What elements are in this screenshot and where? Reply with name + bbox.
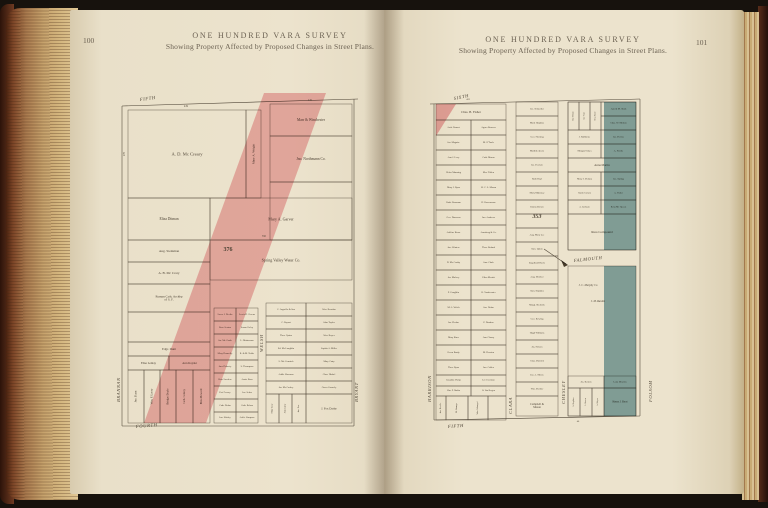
page-edges-left <box>6 8 78 500</box>
lot-owner-label: Jos. Schneider <box>530 108 544 111</box>
lot-owner-label: Ann Clancy <box>483 336 495 339</box>
lot-owner-label: Aug. Drucker <box>530 276 543 279</box>
lot-owner-label: Wm. Pfeiffer <box>531 388 544 391</box>
map-annotation: 275 <box>123 151 126 156</box>
lot-owner-label: Adeline Kruse <box>447 231 461 234</box>
lot-owner-label: Wm. Reardon <box>322 308 336 311</box>
lot-owner-label: Geo. Donovan <box>447 216 462 219</box>
lot-owner-label: Jno. Shirley <box>219 416 231 419</box>
lot-owner-label: Bay Wilson <box>573 111 575 120</box>
highlight-shape <box>604 266 636 416</box>
lot-owner-label: Jas. Mulvey <box>448 276 460 279</box>
lot-owner-label: Morgan Oakes <box>577 150 591 153</box>
street-label: FIFTH <box>138 95 156 102</box>
lot-owner-label: Jos. Selna <box>242 391 253 394</box>
street-label: FIFTH <box>447 423 464 429</box>
street-label: FALMOUTH <box>573 255 603 263</box>
lot-owner-label: Aug. Mary Lee <box>530 234 545 237</box>
lot-owner-label: Sarah Carson <box>578 192 592 195</box>
lot-owner-label: Ann Carey <box>284 403 287 413</box>
left-plate-subtitle: Showing Property Affected by Proposed Ch… <box>150 42 390 51</box>
lot-owner-label: Jas. Nelson <box>532 346 544 349</box>
lot-owner-label: Jas. Phelan <box>448 321 459 324</box>
lot-owner-label: Mary Mahoney <box>530 192 546 195</box>
lot-owner-label: Helen Manning <box>446 171 462 174</box>
map-annotation: 419 <box>184 105 189 108</box>
lot-owner-label: Susan Oxley <box>241 326 254 329</box>
lot-owner-label: Jas. Benton <box>580 381 592 384</box>
lot-owner-label: Thos. Boland <box>482 246 496 249</box>
lot-owner-label: S. Thompson <box>241 365 255 368</box>
lot-owner-label: L. Matterman <box>240 339 254 342</box>
lot-owner-label: A. Jackson <box>579 206 590 209</box>
lot-owner-label: M. A. Welch <box>447 306 460 309</box>
lot-owner-label: Wm. P. Harkin <box>447 390 461 392</box>
lot-owner-label: Wm. Boyes <box>323 334 334 337</box>
lot-owner-label: J. Rathbone <box>579 136 590 139</box>
highlight-shape <box>604 102 636 250</box>
lot-owner-label: W. C. L. Mason <box>481 186 497 189</box>
lot-owner-label: Addie Sherman <box>279 373 295 376</box>
lot-owner-label: John Taylor <box>323 321 334 324</box>
lot-owner-label: S. Hopkins <box>573 397 575 406</box>
book-cover-right <box>758 6 768 502</box>
lot-owner-label: Cath. Mason <box>482 156 495 159</box>
lot-owner-label: Arch. Rauzet <box>447 126 460 129</box>
lot-owner-label: Jno. Reville <box>440 403 442 413</box>
street-label: FOLSOM <box>648 380 653 403</box>
lot-owner-label: Owen Casserly <box>322 386 337 389</box>
lot-owner-label: A. B. Mc Crary <box>158 271 179 275</box>
left-plate-header: ONE HUNDRED VARA SURVEY Showing Property… <box>150 31 390 51</box>
lot-owner-label: Jas. Pearson <box>531 164 543 167</box>
lot-owner-label: R. & M. Noble <box>240 352 254 355</box>
lot-owner-label: Jno. Nolan <box>483 306 494 309</box>
lot-owner-label: Agnes Bowens <box>481 126 495 129</box>
lot-owner-label: Cath. Behan <box>241 404 254 407</box>
lot-owner-label: Mark Hopkins <box>530 122 544 125</box>
lot-owner-label: Matilda Ahern <box>530 150 545 153</box>
lot-owner-label: C. Arguello & Son <box>277 308 296 311</box>
lot-owner-label: Mary J. Ryan <box>447 186 461 189</box>
lot-owner-label: Owen Brady <box>447 351 460 354</box>
lot-owner-label: Jane Clark <box>483 261 494 264</box>
street-label: BRYANT <box>354 382 359 402</box>
lot-owner-label: Jno. Dunn <box>135 390 138 402</box>
lot-owner-label: Thos. Quinn <box>280 334 293 337</box>
lot-owner-label: Margt. Sherlock <box>529 304 545 307</box>
left-survey-map: A. D. Mc CrearyMary A. WrightMarr & Winc… <box>114 90 362 430</box>
street-label: HARRISON <box>427 375 432 403</box>
lot-owner-label: Cry Pope <box>584 112 586 120</box>
lot-owner-label: M. O'Toole <box>483 141 494 144</box>
lot-owner-label: Jno. Cullen <box>483 366 495 369</box>
lot-owner-label: Annaberg & Co. <box>481 231 497 234</box>
lot-owner-label: Lot 1 Gorman <box>482 380 495 382</box>
lot-owner-label: Chas. B. Fisher <box>461 110 482 114</box>
lot-owner-label: Mary Kane <box>448 336 459 339</box>
lot-owner-label: O. Van Bergen <box>482 389 496 392</box>
map-annotation: 419 <box>466 98 470 101</box>
lot-owner-label: Jos. Maguire <box>447 141 459 144</box>
street-label: CLARA <box>508 397 513 414</box>
lot-owner-label: D. Mc Carthy <box>447 261 461 264</box>
lot-owner-label: Josephine Phelps <box>446 380 461 382</box>
map-annotation: 376 <box>224 247 233 253</box>
map-annotation: 353 <box>532 214 542 220</box>
lot-owner-label: Wm. Schnepel <box>477 401 479 414</box>
lot-owner-label: Mary Lacy <box>272 403 274 414</box>
lot-owner-label: Pat. Feeney <box>219 391 231 394</box>
lot-owner-label: Sophia A. Miller <box>321 347 337 350</box>
lot-owner-label: Adele Simpson <box>240 416 255 419</box>
lot-owner-label: L. Brown <box>585 398 587 406</box>
lot-owner-label: P. Coughlin <box>448 291 460 294</box>
lot-owner-label: Eliza Merritt <box>482 276 495 279</box>
lot-owner-label: Mrs. Tilden <box>483 171 495 174</box>
lot-owner-label: Annie Russ <box>241 378 252 381</box>
lot-owner-label: L. Mc Cormick <box>279 360 295 363</box>
book-scan: 100 101 ONE HUNDRED VARA SURVEY Showing … <box>0 0 768 508</box>
lot-owner-label: M. Hession <box>483 351 495 354</box>
lot-owner-label: Jno. Fox <box>298 404 300 412</box>
lot-owner-label: Jas. Mc Cauley <box>279 386 294 389</box>
lot-owner-label: Ed. Mc Laughlin <box>278 347 295 350</box>
lot-owner-label: Hugh Williams <box>530 332 545 335</box>
lot-owner-label: of S. F. <box>164 298 173 302</box>
lot-owner-label: Thos. Ryan <box>448 366 460 369</box>
lot-owner-label: Jno. A. Moore <box>530 374 544 377</box>
street-label: WELSH <box>259 334 264 352</box>
lot-owner-label: A. Meyer <box>596 398 599 406</box>
lot-owner-label: A. D. Mc Creary <box>172 152 204 157</box>
map-annotation: J. C. Murphy Co <box>579 284 598 287</box>
highlight-shape <box>561 260 568 267</box>
lot-owner-label: Robt. Bowman <box>446 201 461 204</box>
lot-owner-label: C. Bryant <box>281 321 291 324</box>
right-plate-title: ONE HUNDRED VARA SURVEY <box>443 35 683 44</box>
book-gutter-shadow <box>364 10 404 494</box>
lot-owner-label: Engelhard Davis <box>529 262 545 265</box>
lot-owner-label: Ann J. Levy <box>448 156 461 159</box>
map-annotation: J. M. Rankin <box>591 300 606 303</box>
right-survey-map: Chas. B. FisherArch. RauzetJos. MaguireA… <box>428 90 668 436</box>
lot-owner-label: P. Dundon <box>484 321 495 324</box>
lot-boundary <box>488 396 506 420</box>
lot-owner-label: Eliza Ditman <box>159 217 178 221</box>
lot-owner-label: Sam. Upton <box>531 248 543 251</box>
lot-owner-label: J. Fox Darby <box>321 407 337 411</box>
lot-owner-label: Mary Carty <box>323 360 335 363</box>
left-plate-title: ONE HUNDRED VARA SURVEY <box>150 31 390 40</box>
lot-owner-label: R. Vandewater <box>481 291 495 294</box>
lot-owner-label: Ruth Hoyt <box>532 178 542 181</box>
lot-owner-label: Cath. Dolan <box>219 404 231 407</box>
street-label: FOURTH <box>135 422 158 429</box>
lot-owner-label: Aug. Steinman <box>159 249 180 253</box>
lot-owner-label: Jno. Andrews <box>482 216 495 219</box>
lot-owner-label: Sam. Hopkins <box>530 290 544 293</box>
lot-owner-label: Geo. Fleming <box>530 136 544 139</box>
lot-owner-label: Rosa Beale <box>595 111 597 120</box>
left-page-number: 100 <box>83 36 94 45</box>
lot-owner-label: Spring Valley Water Co. <box>262 258 301 263</box>
page-edges-right <box>742 12 759 500</box>
lot-owner-label: Chas. Hinkel <box>323 373 336 376</box>
lot-owner-label: M. Strange <box>455 403 458 413</box>
street-label: CHESLEY <box>561 380 566 404</box>
lot-owner-label: Geo. Bowing <box>531 318 545 321</box>
street-line <box>434 416 640 420</box>
lot-owner-label: Chas. Dietrich <box>530 360 545 363</box>
street-label: BRANNAN <box>116 377 121 402</box>
lot-owner-label: H. Rosencrans <box>482 201 496 204</box>
right-plate-subtitle: Showing Property Affected by Proposed Ch… <box>443 46 683 55</box>
lot-owner-label: Mary J. Delany <box>577 178 593 181</box>
lot-owner-label: Mason <box>533 406 541 409</box>
lot-owner-label: Elise Lemay <box>141 361 157 365</box>
lot-owner-label: Emma Brown <box>530 206 544 209</box>
right-plate-header: ONE HUNDRED VARA SURVEY Showing Property… <box>443 35 683 55</box>
right-page-number: 101 <box>696 38 707 47</box>
map-annotation: 40 <box>577 420 580 423</box>
lot-owner-label: Jno. Winters <box>448 246 460 249</box>
